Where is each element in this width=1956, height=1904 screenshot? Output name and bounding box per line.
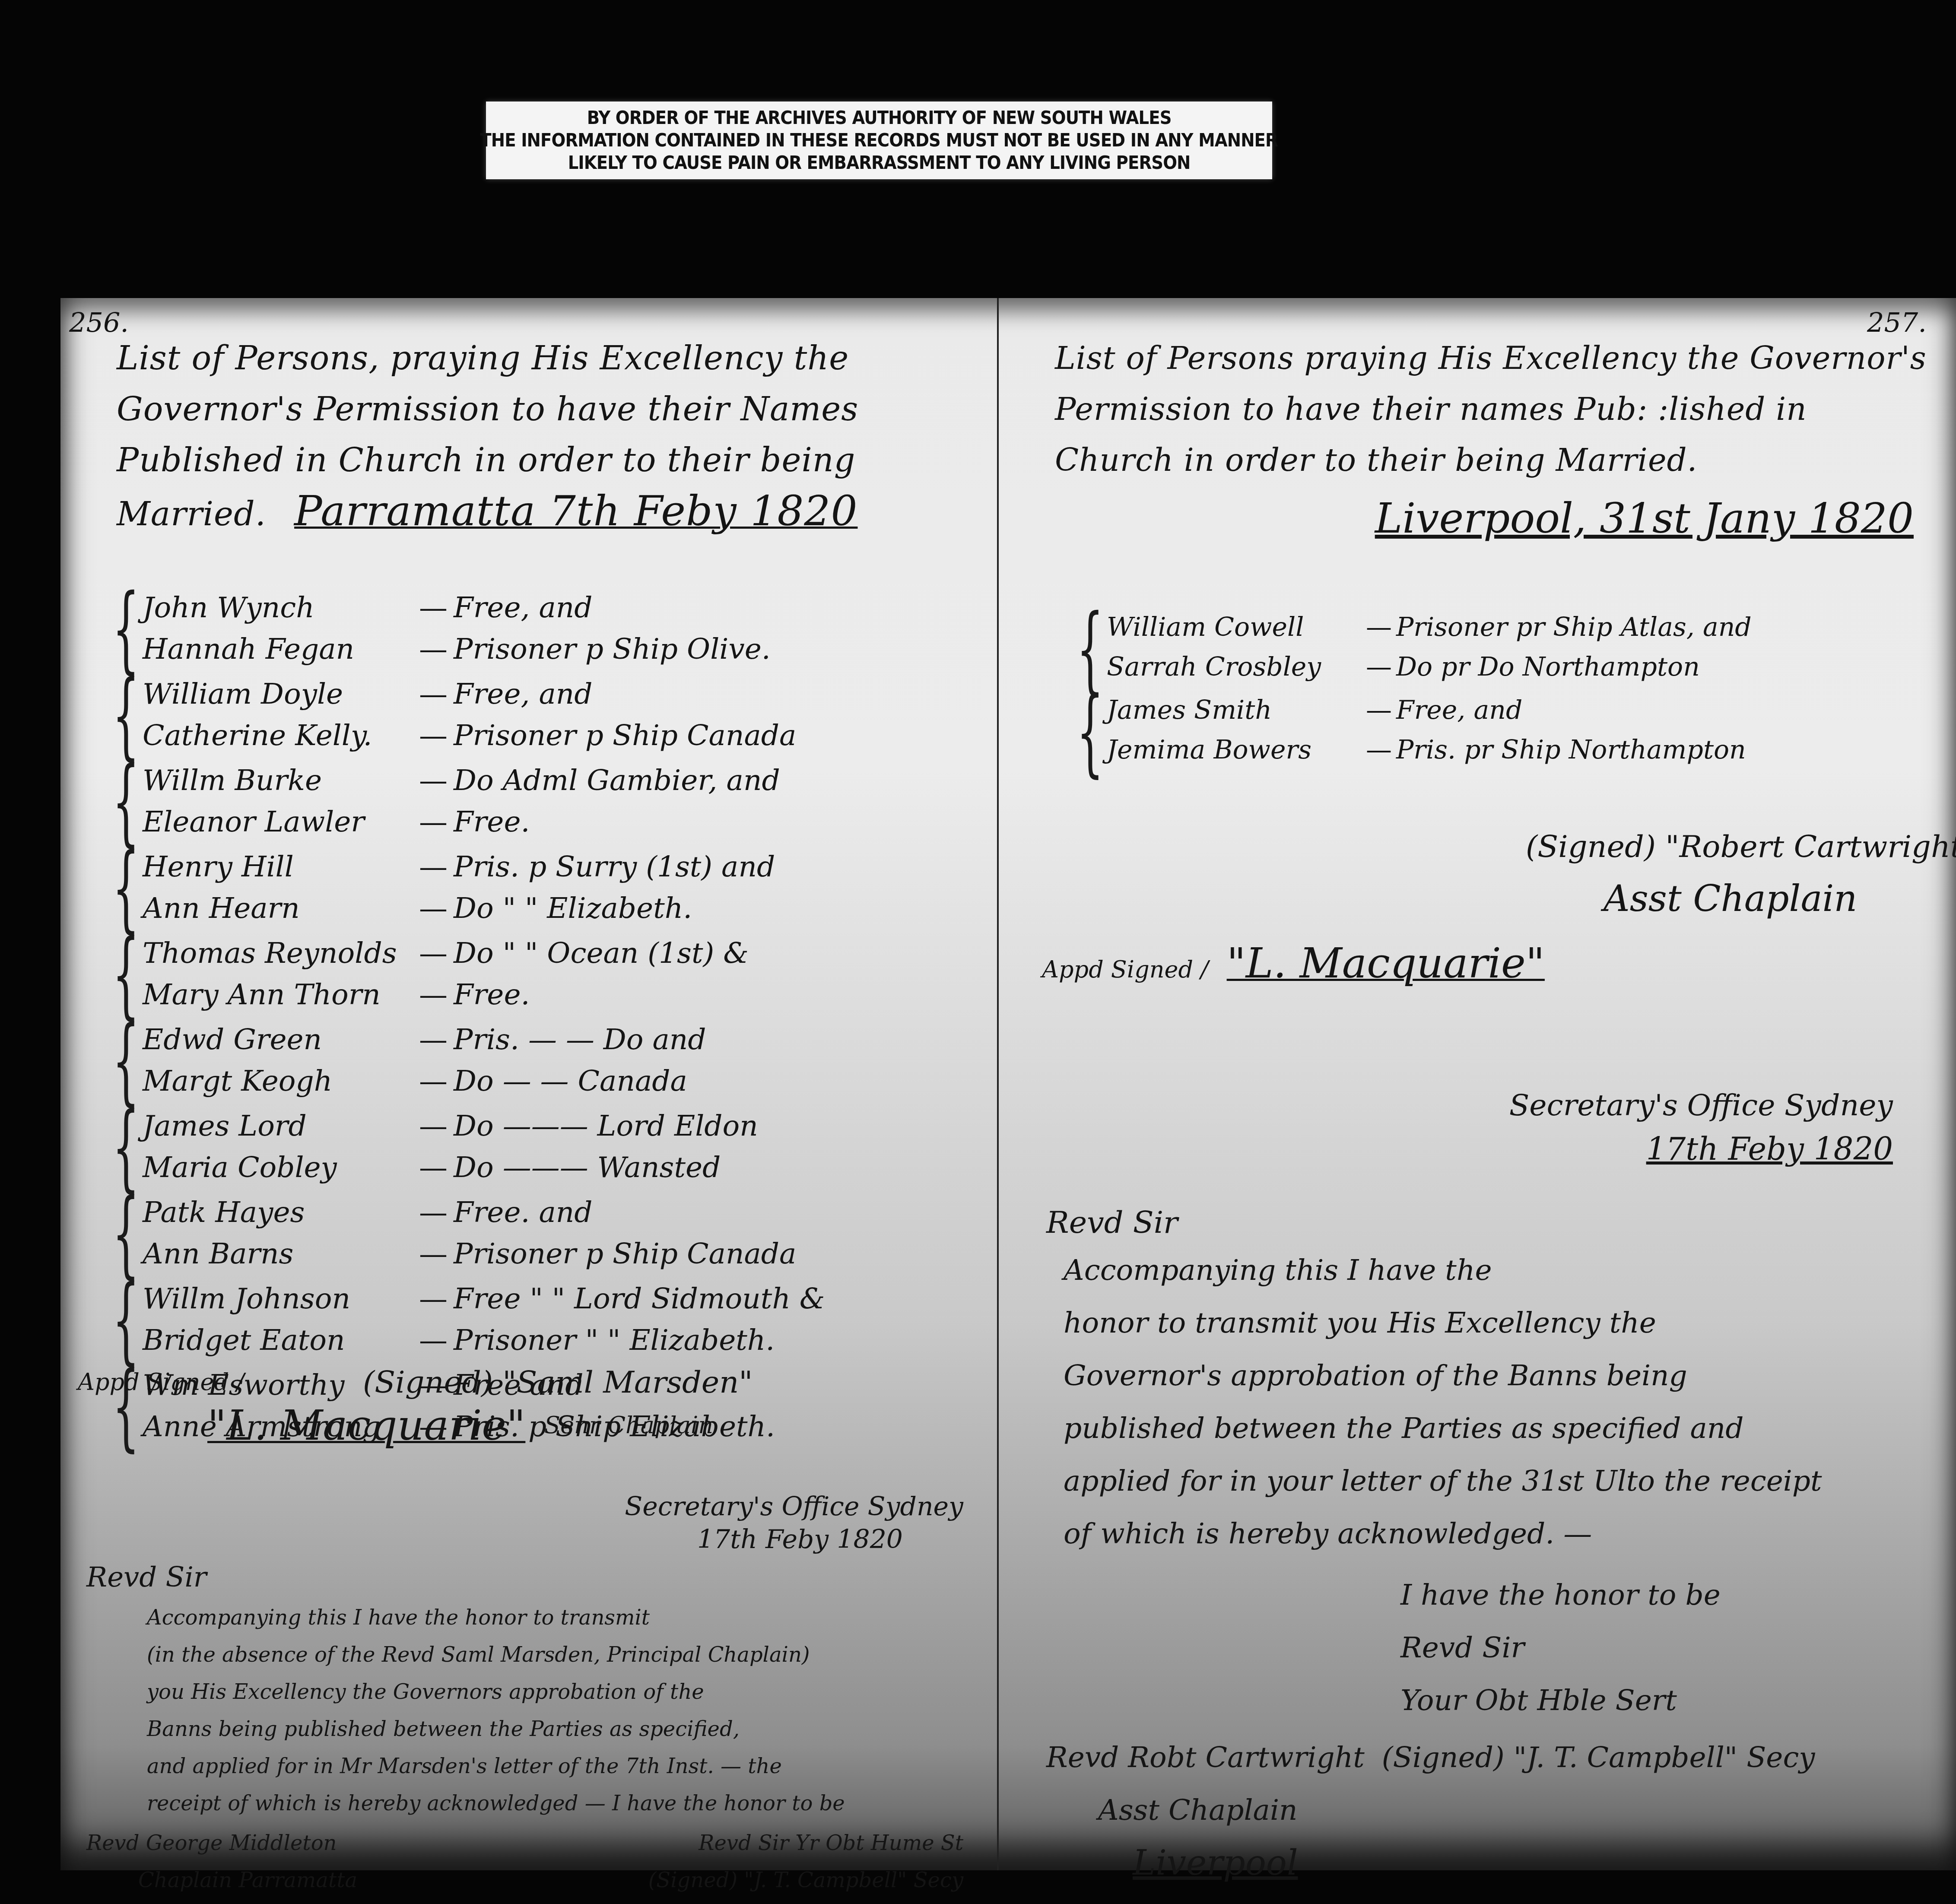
person-status: Free, and [1396,690,1915,730]
person-row: Willm Johnson—Free " " Lord Sidmouth & [143,1278,971,1320]
letter-date: 17th Feby 1820 [86,1523,903,1556]
secretary-letter: Secretary's Office Sydney 17th Feby 1820… [86,1490,963,1899]
person-status: Do pr Do Northampton [1396,647,1915,687]
dash-separator: — [419,715,454,756]
dash-separator: — [419,1019,454,1060]
person-row: Bridget Eaton—Prisoner " " Elizabeth. [143,1320,971,1361]
couple-entry: {Thomas Reynolds—Do " " Ocean (1st) &Mar… [112,933,971,1015]
dash-separator: — [419,587,454,628]
page-heading: List of Persons, praying His Excellency … [117,333,971,539]
dash-separator: — [419,1278,454,1320]
couples-list: {John Wynch—Free, andHannah Fegan—Prison… [112,587,971,1447]
person-name: Margt Keogh [143,1060,419,1102]
brace-icon: { [112,762,140,840]
dash-separator: — [1366,730,1396,770]
person-name: Willm Burke [143,760,419,801]
brace-icon: { [112,1108,140,1186]
letter-line: (in the absence of the Revd Saml Marsden… [147,1636,963,1673]
letter-line: receipt of which is hereby acknowledged … [147,1785,963,1822]
dash-separator: — [419,1192,454,1233]
letter-line: of which is hereby acknowledged. — [1064,1507,1893,1560]
brace-icon: { [112,935,140,1013]
person-status: Do — — Canada [454,1060,929,1102]
signature-block: (Signed) "Robert Cartwright" Asst Chapla… [1526,825,1956,920]
person-row: James Lord—Do ——— Lord Eldon [143,1105,971,1147]
couple-entry: {Henry Hill—Pris. p Surry (1st) andAnn H… [112,846,971,929]
person-status: Prisoner " " Elizabeth. [454,1320,929,1361]
letter-line: Governor's approbation of the Banns bein… [1064,1349,1893,1402]
letter-addressee: Revd George Middleton [86,1825,337,1862]
approved-label: Appd Signed / [78,1361,525,1404]
person-row: Henry Hill—Pris. p Surry (1st) and [143,846,971,888]
letter-addressee-place: Liverpool [1133,1837,1893,1889]
approved-by: "L. Macquarie" [207,1404,525,1447]
person-name: Patk Hayes [143,1192,419,1233]
person-status: Do " " Elizabeth. [454,888,929,929]
letter-salutation: Revd Sir [1046,1201,1893,1244]
person-name: William Cowell [1107,607,1366,647]
right-page: 257. List of Persons praying His Excelle… [999,298,1956,1870]
letter-addressee: Revd Robt Cartwright [1046,1731,1365,1784]
notice-line: LIKELY TO CAUSE PAIN OR EMBARRASSMENT TO… [568,152,1191,174]
person-row: Ann Barns—Prisoner p Ship Canada [143,1233,971,1275]
person-name: Willm Johnson [143,1278,419,1320]
dash-separator: — [1366,647,1396,687]
person-status: Free. and [454,1192,929,1233]
brace-icon: { [112,1281,140,1358]
brace-icon: { [112,676,140,754]
person-row: Catherine Kelly.—Prisoner p Ship Canada [143,715,971,756]
dash-separator: — [419,628,454,670]
person-row: Ann Hearn—Do " " Elizabeth. [143,888,971,929]
person-name: Hannah Fegan [143,628,419,670]
dash-separator: — [419,1060,454,1102]
person-status: Free. [454,801,929,843]
letter-line: published between the Parties as specifi… [1064,1402,1893,1455]
left-page: 256. List of Persons, praying His Excell… [60,298,999,1870]
person-row: Maria Cobley—Do ——— Wansted [143,1147,971,1188]
place-date: Parramatta 7th Feby 1820 [294,487,857,535]
person-name: Bridget Eaton [143,1320,419,1361]
ledger-spread: 256. List of Persons, praying His Excell… [60,298,1956,1870]
person-status: Free, and [454,587,929,628]
person-row: John Wynch—Free, and [143,587,971,628]
dash-separator: — [419,1233,454,1275]
person-row: Mary Ann Thorn—Free. [143,974,971,1015]
brace-icon: { [112,1022,140,1099]
signed-by: (Signed) "Robert Cartwright" [1526,825,1956,868]
person-status: Pris. — — Do and [454,1019,929,1060]
dash-separator: — [1366,690,1396,730]
person-name: James Smith [1107,690,1366,730]
person-name: Henry Hill [143,846,419,888]
notice-line: BY ORDER OF THE ARCHIVES AUTHORITY OF NE… [587,107,1172,129]
couple-entry: {James Smith—Free, andJemima Bowers—Pris… [1076,690,1931,770]
letter-salutation: Revd Sir [86,1556,963,1599]
letter-body: Accompanying this I have the honor to tr… [147,1599,963,1822]
couple-entry: {Patk Hayes—Free. andAnn Barns—Prisoner … [112,1192,971,1275]
dash-separator: — [419,1147,454,1188]
person-name: John Wynch [143,587,419,628]
letter-line: I have the honor to be [1400,1569,1893,1622]
person-row: Thomas Reynolds—Do " " Ocean (1st) & [143,933,971,974]
brace-icon: { [1076,610,1104,688]
letter-line: Revd Sir [1400,1622,1893,1674]
letter-line: applied for in your letter of the 31st U… [1064,1455,1893,1507]
person-status: Do " " Ocean (1st) & [454,933,929,974]
couple-entry: {William Doyle—Free, andCatherine Kelly.… [112,673,971,756]
person-name: Maria Cobley [143,1147,419,1188]
letter-addressee-title: Asst Chaplain [1098,1784,1893,1837]
person-name: James Lord [143,1105,419,1147]
person-status: Pris. p Surry (1st) and [454,846,929,888]
letter-office: Secretary's Office Sydney [1046,1084,1893,1127]
dash-separator: — [419,1105,454,1147]
person-status: Free. [454,974,929,1015]
person-name: Eleanor Lawler [143,801,419,843]
person-name: Ann Barns [143,1233,419,1275]
approval-block: Appd Signed / "L. Macquarie" [1042,942,1545,991]
person-row: Willm Burke—Do Adml Gambier, and [143,760,971,801]
dash-separator: — [419,1320,454,1361]
letter-line: Banns being published between the Partie… [147,1710,963,1748]
letter-signed: (Signed) "J. T. Campbell" Secy [648,1862,963,1899]
person-status: Prisoner p Ship Olive. [454,628,929,670]
secretary-letter: Secretary's Office Sydney 17th Feby 1820… [1046,1084,1893,1889]
letter-date: 17th Feby 1820 [1046,1127,1893,1171]
person-row: James Smith—Free, and [1107,690,1931,730]
person-status: Prisoner p Ship Canada [454,715,929,756]
letter-closing: I have the honor to beRevd SirYour Obt H… [1400,1569,1893,1727]
brace-icon: { [112,1194,140,1272]
letter-line: Your Obt Hble Sert [1400,1674,1893,1727]
approved-label: Appd Signed / [1042,956,1208,983]
letter-line: honor to transmit you His Excellency the [1064,1297,1893,1349]
letter-closing: Revd Sir Yr Obt Hume St [699,1825,963,1862]
notice-line: THE INFORMATION CONTAINED IN THESE RECOR… [480,129,1278,152]
couple-entry: {Willm Burke—Do Adml Gambier, andEleanor… [112,760,971,843]
person-row: Sarrah Crosbley—Do pr Do Northampton [1107,647,1931,687]
letter-addressee-place: Parramatta [238,1868,357,1892]
person-name: William Doyle [143,673,419,715]
person-status: Prisoner pr Ship Atlas, and [1396,607,1915,647]
person-row: William Cowell—Prisoner pr Ship Atlas, a… [1107,607,1931,647]
person-row: Eleanor Lawler—Free. [143,801,971,843]
couple-entry: {William Cowell—Prisoner pr Ship Atlas, … [1076,607,1931,687]
person-name: Catherine Kelly. [143,715,419,756]
person-name: Sarrah Crosbley [1107,647,1366,687]
person-name: Thomas Reynolds [143,933,419,974]
letter-addressee-title: Chaplain [138,1868,232,1892]
person-row: Margt Keogh—Do — — Canada [143,1060,971,1102]
couple-entry: {Edwd Green—Pris. — — Do andMargt Keogh—… [112,1019,971,1102]
person-status: Free, and [454,673,929,715]
dash-separator: — [419,760,454,801]
page-heading: List of Persons praying His Excellency t… [1055,333,1931,486]
letter-line: Accompanying this I have the honor to tr… [147,1599,963,1636]
person-row: William Doyle—Free, and [143,673,971,715]
person-status: Prisoner p Ship Canada [454,1233,929,1275]
place-date: Liverpool, 31st Jany 1820 [1046,494,1914,543]
person-row: Hannah Fegan—Prisoner p Ship Olive. [143,628,971,670]
dash-separator: — [1366,607,1396,647]
page-number: 257. [1867,307,1927,338]
brace-icon: { [112,849,140,927]
dash-separator: — [419,801,454,843]
dash-separator: — [419,673,454,715]
letter-body: Accompanying this I have thehonor to tra… [1064,1244,1893,1560]
brace-icon: { [1076,693,1104,771]
dash-separator: — [419,888,454,929]
person-row: Edwd Green—Pris. — — Do and [143,1019,971,1060]
letter-line: you His Excellency the Governors approba… [147,1673,963,1710]
person-status: Do ——— Wansted [454,1147,929,1188]
letter-signed: (Signed) "J. T. Campbell" Secy [1382,1731,1815,1784]
letter-line: and applied for in Mr Marsden's letter o… [147,1748,963,1785]
person-name: Ann Hearn [143,888,419,929]
person-name: Edwd Green [143,1019,419,1060]
person-status: Free " " Lord Sidmouth & [454,1278,929,1320]
letter-office: Secretary's Office Sydney [86,1490,963,1523]
person-name: Jemima Bowers [1107,730,1366,770]
letter-line: Accompanying this I have the [1064,1244,1893,1297]
brace-icon: { [112,590,140,667]
person-status: Pris. pr Ship Northampton [1396,730,1915,770]
couples-list: {William Cowell—Prisoner pr Ship Atlas, … [1076,607,1931,770]
person-status: Do ——— Lord Eldon [454,1105,929,1147]
archives-notice-label: BY ORDER OF THE ARCHIVES AUTHORITY OF NE… [486,102,1272,179]
person-status: Do Adml Gambier, and [454,760,929,801]
dash-separator: — [419,933,454,974]
page-number: 256. [69,307,129,338]
signed-title: Senr Chaplain [544,1404,753,1447]
dash-separator: — [419,974,454,1015]
approved-by: "L. Macquarie" [1227,939,1545,987]
approval-block: Appd Signed / "L. Macquarie" [78,1361,525,1447]
couple-entry: {John Wynch—Free, andHannah Fegan—Prison… [112,587,971,670]
person-row: Patk Hayes—Free. and [143,1192,971,1233]
person-row: Jemima Bowers—Pris. pr Ship Northampton [1107,730,1931,770]
couple-entry: {James Lord—Do ——— Lord EldonMaria Coble… [112,1105,971,1188]
signed-title: Asst Chaplain [1604,877,1956,920]
dash-separator: — [419,846,454,888]
person-name: Mary Ann Thorn [143,974,419,1015]
couple-entry: {Willm Johnson—Free " " Lord Sidmouth &B… [112,1278,971,1361]
